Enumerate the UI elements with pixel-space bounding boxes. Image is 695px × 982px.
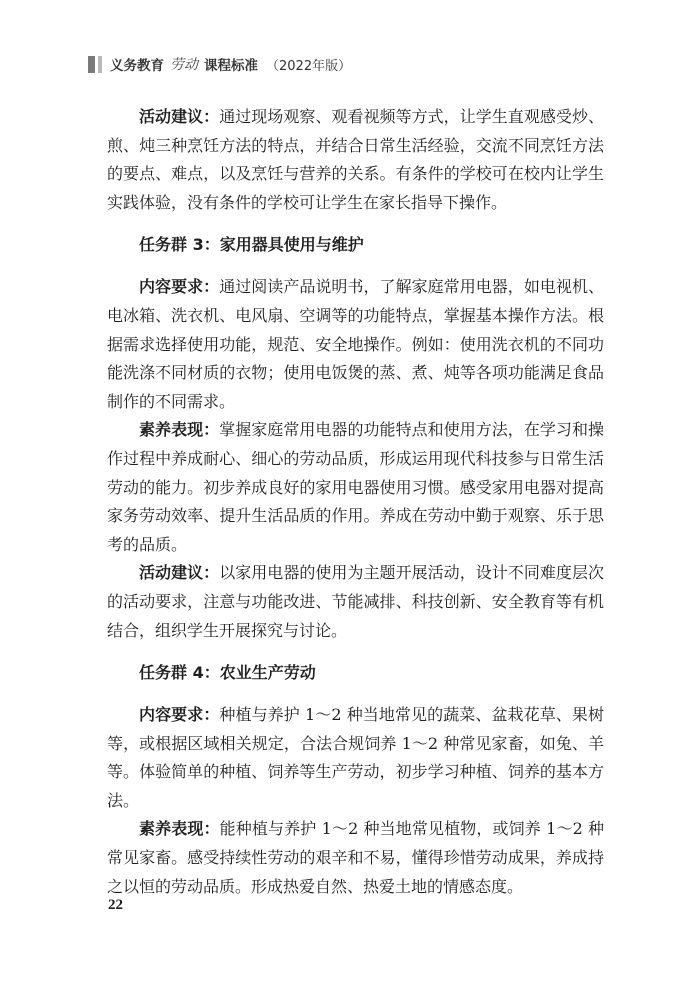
header-bar-light (98, 56, 102, 73)
paragraph-intro-activity: 活动建议：通过现场观察、观看视频等方式，让学生直观感受炒、煎、炖三种烹饪方法的特… (107, 103, 604, 217)
header-bar-dark (88, 56, 95, 73)
section-heading-task3: 任务群 3：家用器具使用与维护 (107, 231, 604, 259)
paragraph-task3-literacy: 素养表现：掌握家庭常用电器的功能特点和使用方法，在学习和操作过程中养成耐心、细心… (107, 416, 604, 559)
page-number: 22 (108, 897, 123, 914)
header-title-subject: 劳动 (170, 54, 198, 74)
paragraph-label: 素养表现： (139, 420, 219, 439)
section-heading-task4: 任务群 4：农业生产劳动 (107, 659, 604, 687)
paragraph-label: 内容要求： (139, 277, 219, 296)
paragraph-task4-content: 内容要求：种植与养护 1～2 种当地常见的蔬菜、盆栽花草、果树等，或根据区域相关… (107, 701, 604, 815)
paragraph-text: 通过阅读产品说明书，了解家庭常用电器，如电视机、电冰箱、洗衣机、电风扇、空调等的… (107, 277, 604, 410)
header-edition: （2022年版） (266, 55, 351, 74)
paragraph-label: 活动建议： (139, 563, 219, 582)
running-header: 义务教育 劳动 课程标准 （2022年版） (88, 52, 351, 76)
header-title-suffix: 课程标准 (204, 54, 258, 74)
paragraph-label: 活动建议： (139, 107, 219, 126)
paragraph-task4-literacy: 素养表现：能种植与养护 1～2 种当地常见植物，或饲养 1～2 种常见家畜。感受… (107, 815, 604, 901)
paragraph-task3-activity: 活动建议：以家用电器的使用为主题开展活动，设计不同难度层次的活动要求，注意与功能… (107, 559, 604, 645)
page-body: 活动建议：通过现场观察、观看视频等方式，让学生直观感受炒、煎、炖三种烹饪方法的特… (107, 103, 604, 901)
header-title-prefix: 义务教育 (110, 54, 164, 74)
paragraph-text: 掌握家庭常用电器的功能特点和使用方法，在学习和操作过程中养成耐心、细心的劳动品质… (107, 420, 604, 553)
paragraph-task3-content: 内容要求：通过阅读产品说明书，了解家庭常用电器，如电视机、电冰箱、洗衣机、电风扇… (107, 273, 604, 416)
paragraph-label: 内容要求： (139, 705, 219, 724)
paragraph-label: 素养表现： (139, 819, 220, 838)
